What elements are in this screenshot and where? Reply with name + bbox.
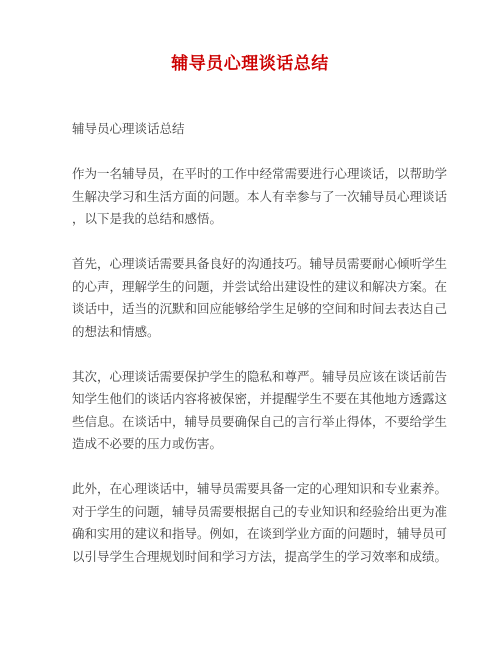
- document-title: 辅导员心理谈话总结: [0, 0, 500, 76]
- paragraph-line: 其次，心理谈话需要保护学生的隐私和尊严。辅导员应该在谈话前告: [72, 366, 450, 389]
- paragraph-line: 的心声，理解学生的问题，并尝试给出建设性的建议和解决方案。在: [72, 276, 450, 299]
- paragraph-line: 此外，在心理谈话中，辅导员需要具备一定的心理知识和专业素养。: [72, 478, 450, 501]
- paragraph: 其次，心理谈话需要保护学生的隐私和尊严。辅导员应该在谈话前告知学生他们的谈话内容…: [72, 366, 450, 456]
- paragraph-line: 生解决学习和生活方面的问题。本人有幸参与了一次辅导员心理谈话: [72, 186, 450, 209]
- paragraph-line: 辅导员心理谈话总结: [72, 118, 450, 141]
- paragraph: 作为一名辅导员，在平时的工作中经常需要进行心理谈话，以帮助学生解决学习和生活方面…: [72, 163, 450, 231]
- paragraph: 首先，心理谈话需要具备良好的沟通技巧。辅导员需要耐心倾听学生的心声，理解学生的问…: [72, 253, 450, 343]
- paragraph-line: 确和实用的建议和指导。例如，在谈到学业方面的问题时，辅导员可: [72, 523, 450, 546]
- paragraph: 辅导员心理谈话总结: [72, 118, 450, 141]
- document-body: 辅导员心理谈话总结作为一名辅导员，在平时的工作中经常需要进行心理谈话，以帮助学生…: [0, 76, 500, 568]
- paragraph-line: 对于学生的问题，辅导员需要根据自己的专业知识和经验给出更为准: [72, 501, 450, 524]
- paragraph-line: ，以下是我的总结和感悟。: [72, 208, 450, 231]
- paragraph-line: 谈话中，适当的沉默和回应能够给学生足够的空间和时间去表达自己: [72, 298, 450, 321]
- paragraph: 此外，在心理谈话中，辅导员需要具备一定的心理知识和专业素养。对于学生的问题，辅导…: [72, 478, 450, 568]
- paragraph-line: 造成不必要的压力或伤害。: [72, 433, 450, 456]
- paragraph-line: 知学生他们的谈话内容将被保密，并提醒学生不要在其他地方透露这: [72, 388, 450, 411]
- paragraph-line: 些信息。在谈话中，辅导员要确保自己的言行举止得体，不要给学生: [72, 411, 450, 434]
- paragraph-line: 首先，心理谈话需要具备良好的沟通技巧。辅导员需要耐心倾听学生: [72, 253, 450, 276]
- paragraph-line: 作为一名辅导员，在平时的工作中经常需要进行心理谈话，以帮助学: [72, 163, 450, 186]
- document-page: 辅导员心理谈话总结 辅导员心理谈话总结作为一名辅导员，在平时的工作中经常需要进行…: [0, 0, 500, 647]
- paragraph-line: 的想法和情感。: [72, 321, 450, 344]
- paragraph-line: 以引导学生合理规划时间和学习方法，提高学生的学习效率和成绩。: [72, 546, 450, 569]
